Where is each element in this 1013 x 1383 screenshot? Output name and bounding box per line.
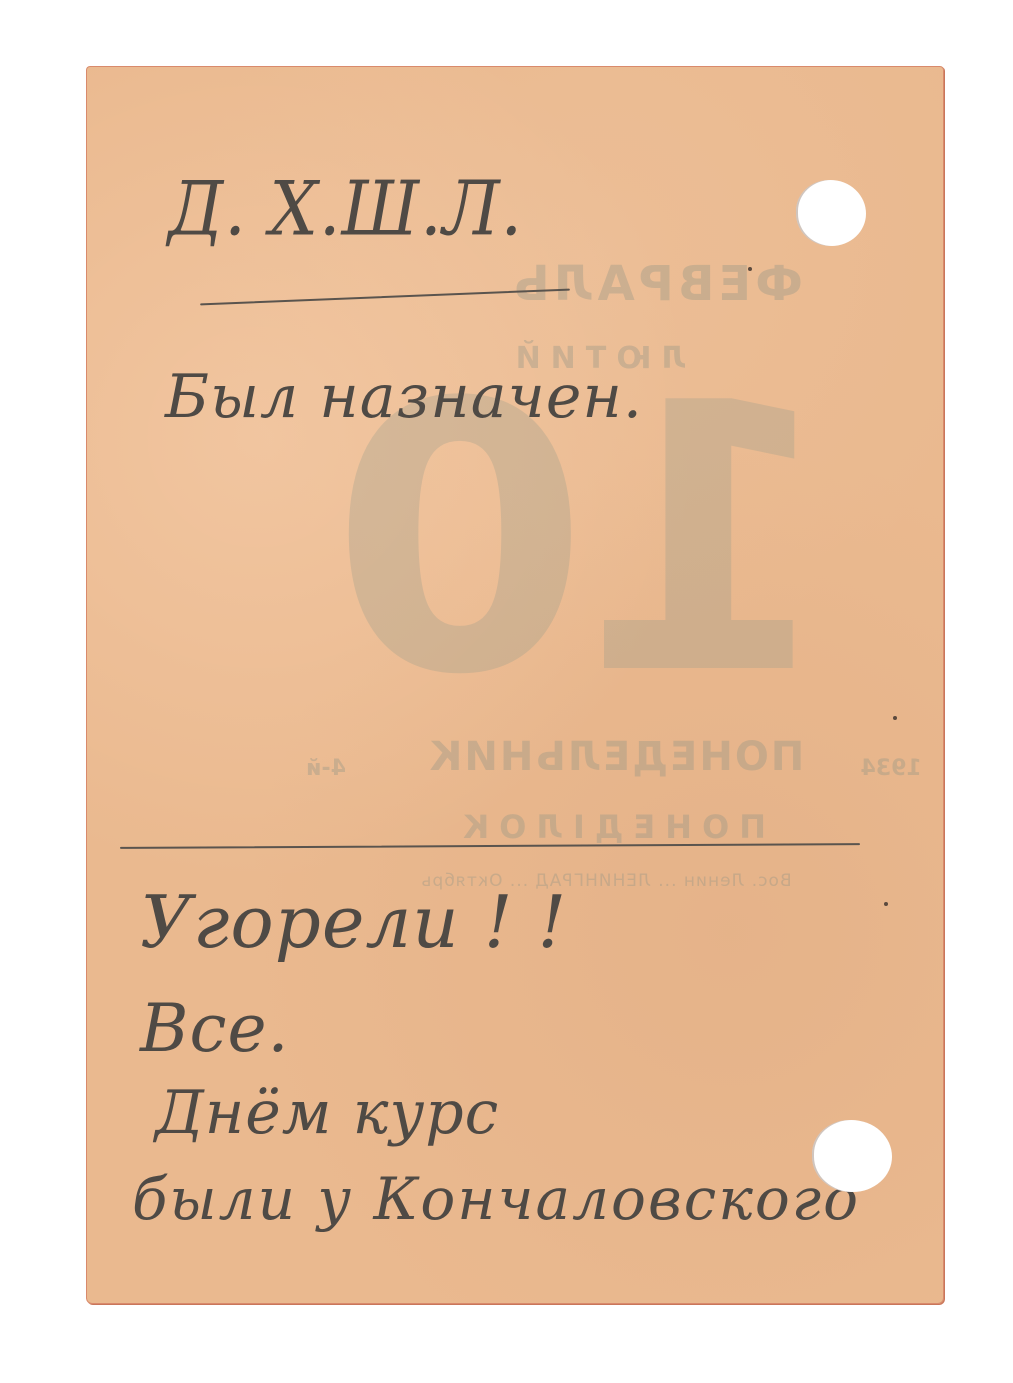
- handwritten-status: Был назначен.: [165, 362, 643, 432]
- punch-hole-top: [796, 180, 866, 246]
- show-through-month: ФЕВРАЛЬ: [476, 256, 836, 312]
- paper-speck: [893, 716, 897, 720]
- handwritten-course: Днём курс: [155, 1078, 499, 1148]
- paper-speck: [884, 902, 888, 906]
- show-through-side-right: 1934: [856, 756, 926, 781]
- show-through-side-left: 4-й: [286, 756, 366, 781]
- handwritten-all: Все.: [140, 990, 290, 1067]
- handwritten-date: Д. Х.Ш.Л.: [168, 166, 523, 253]
- show-through-weekday: ПОНЕДЕЛЬНИК: [426, 734, 806, 780]
- handwritten-location: были у Кончаловского: [132, 1165, 860, 1233]
- show-through-weekday-ua: ПОНЕДІЛОК: [466, 808, 766, 846]
- paper-speck: [748, 267, 752, 271]
- handwritten-exclamation: Угорели ! !: [140, 880, 567, 964]
- punch-hole-bottom: [812, 1120, 892, 1192]
